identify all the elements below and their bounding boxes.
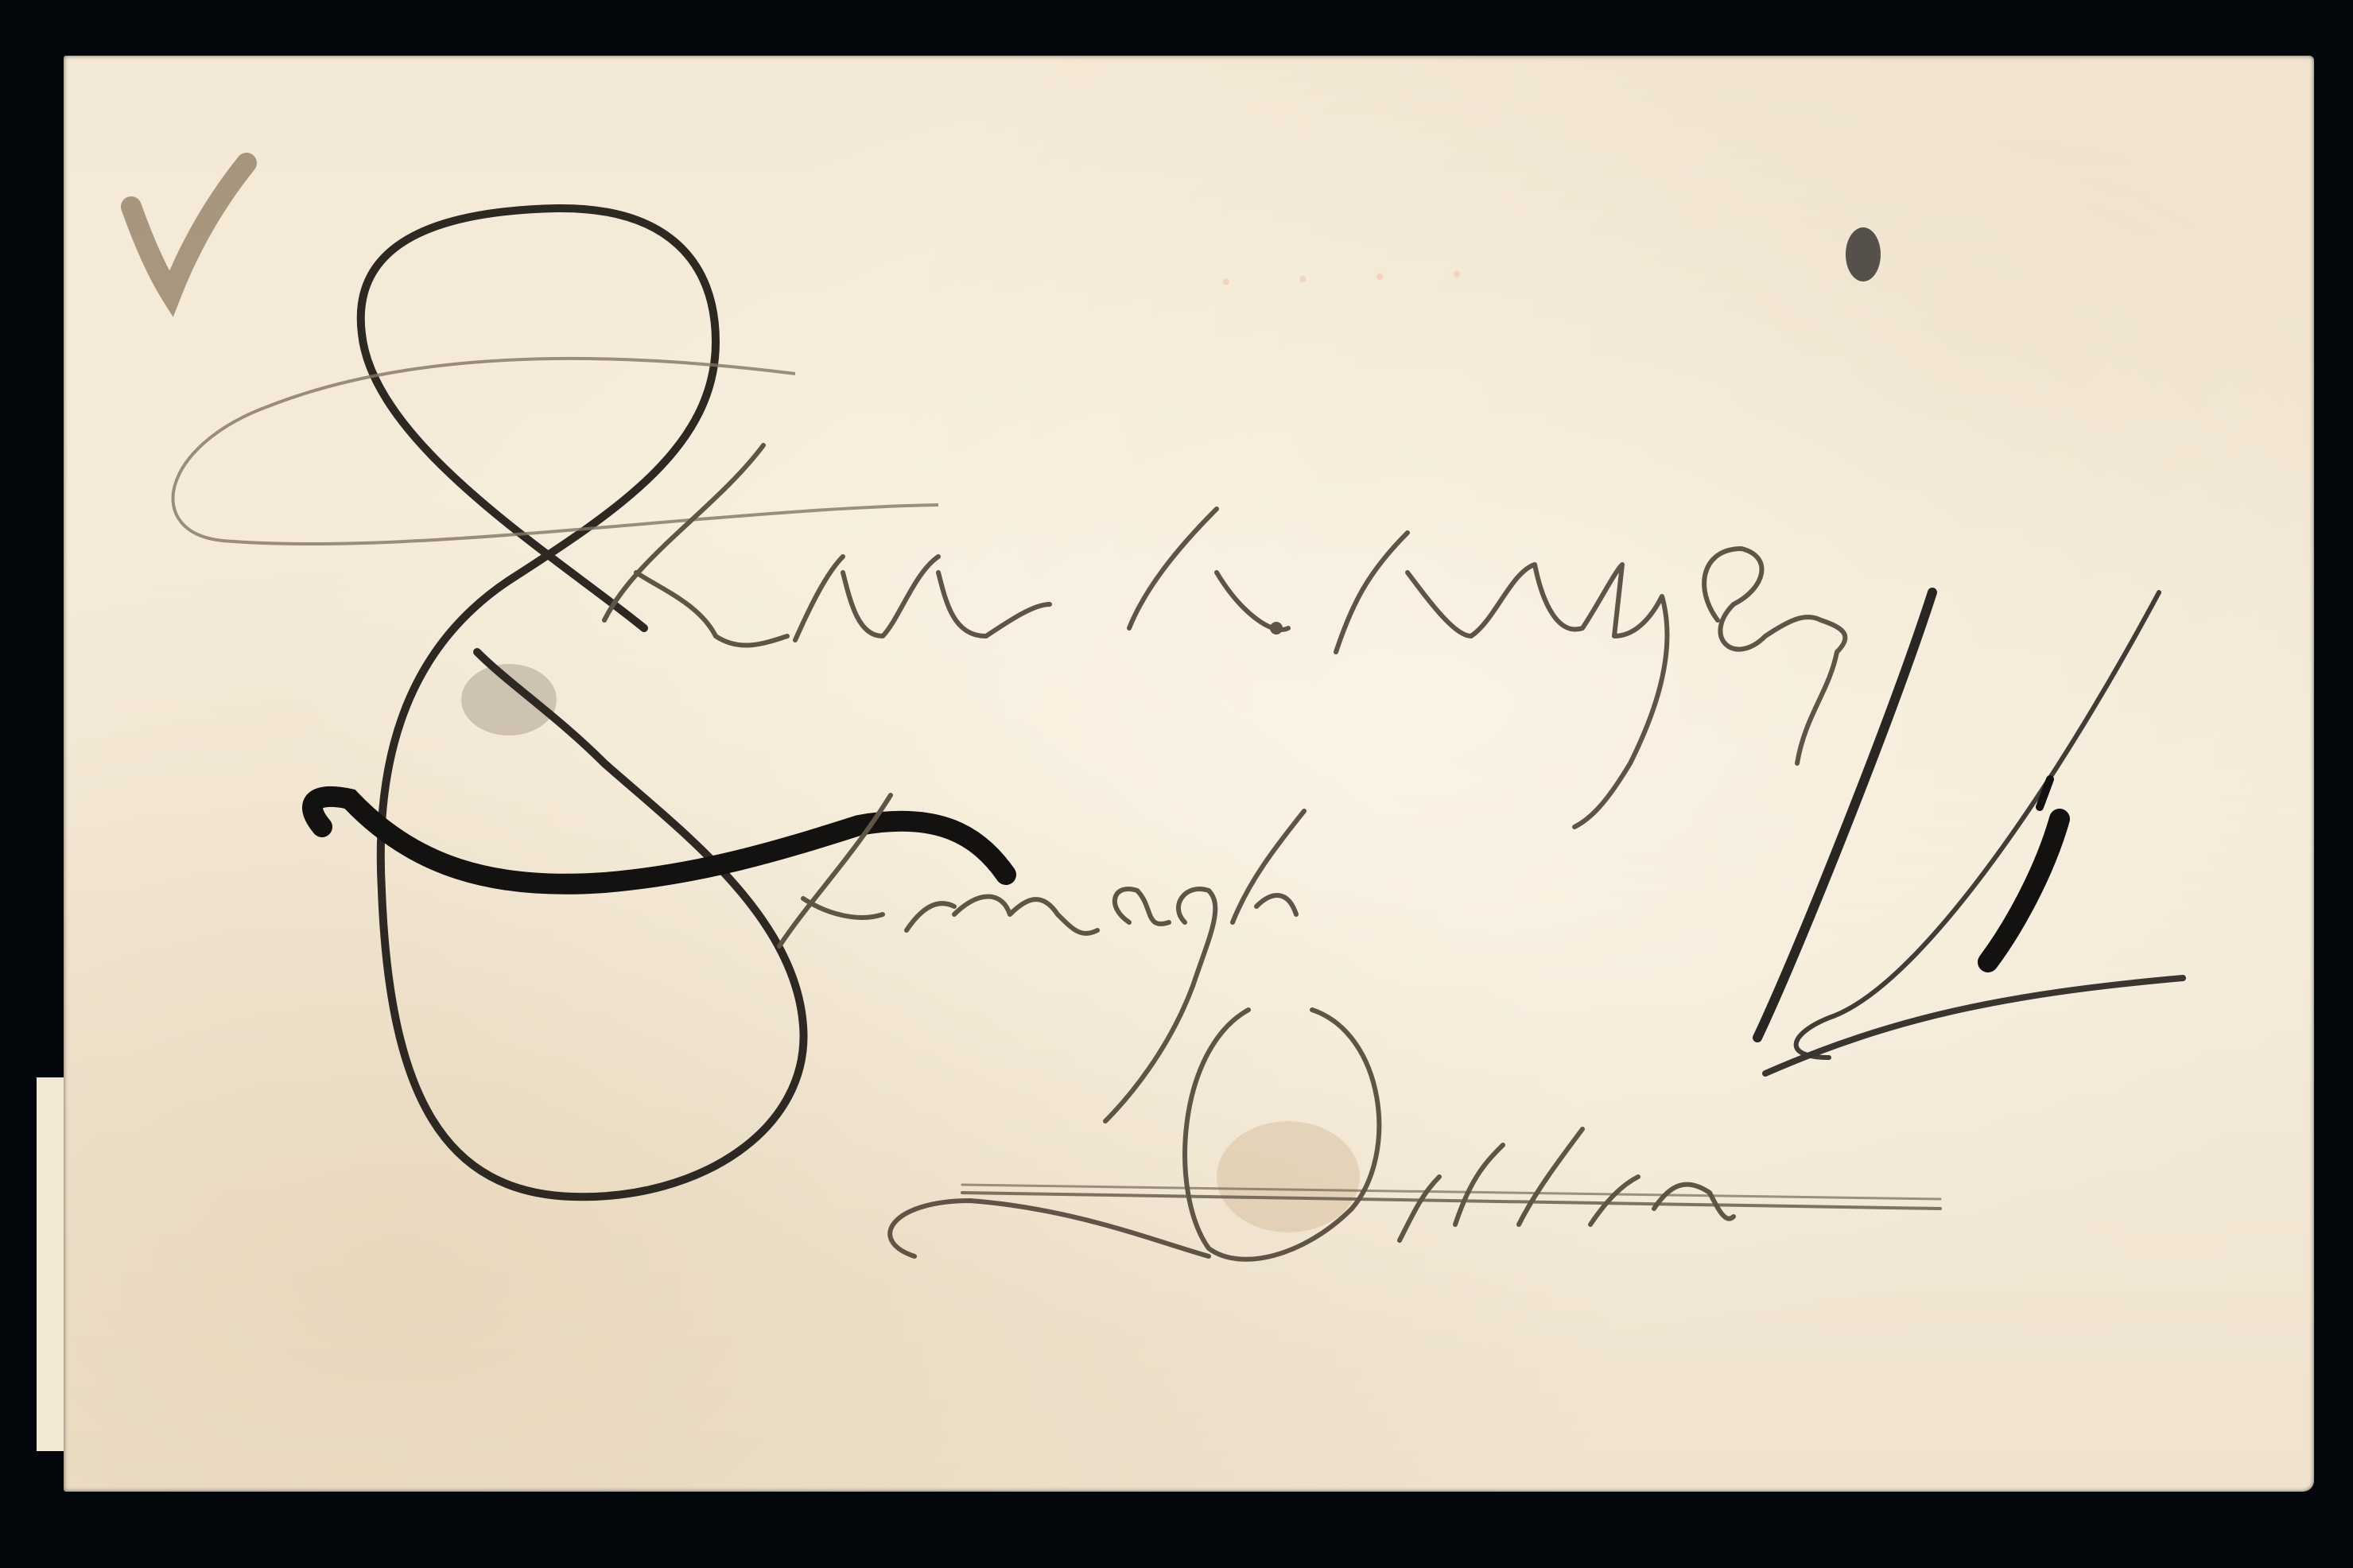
address-flourish <box>173 359 939 544</box>
ink-smudge <box>461 664 557 735</box>
rate-marking-right <box>1757 592 2183 1073</box>
recipient-name-script <box>604 445 1845 827</box>
photo-backdrop: · · · · <box>0 0 2353 1568</box>
ink-stain <box>1217 1121 1360 1232</box>
ink-blot <box>1846 227 1881 281</box>
rate-numeral-8 <box>361 208 804 1197</box>
tick-mark-icon <box>131 163 247 294</box>
address-line-armagh-script <box>779 795 1304 1121</box>
handwriting-layer <box>0 0 2353 1568</box>
address-line-dublin-script <box>890 1010 1940 1259</box>
